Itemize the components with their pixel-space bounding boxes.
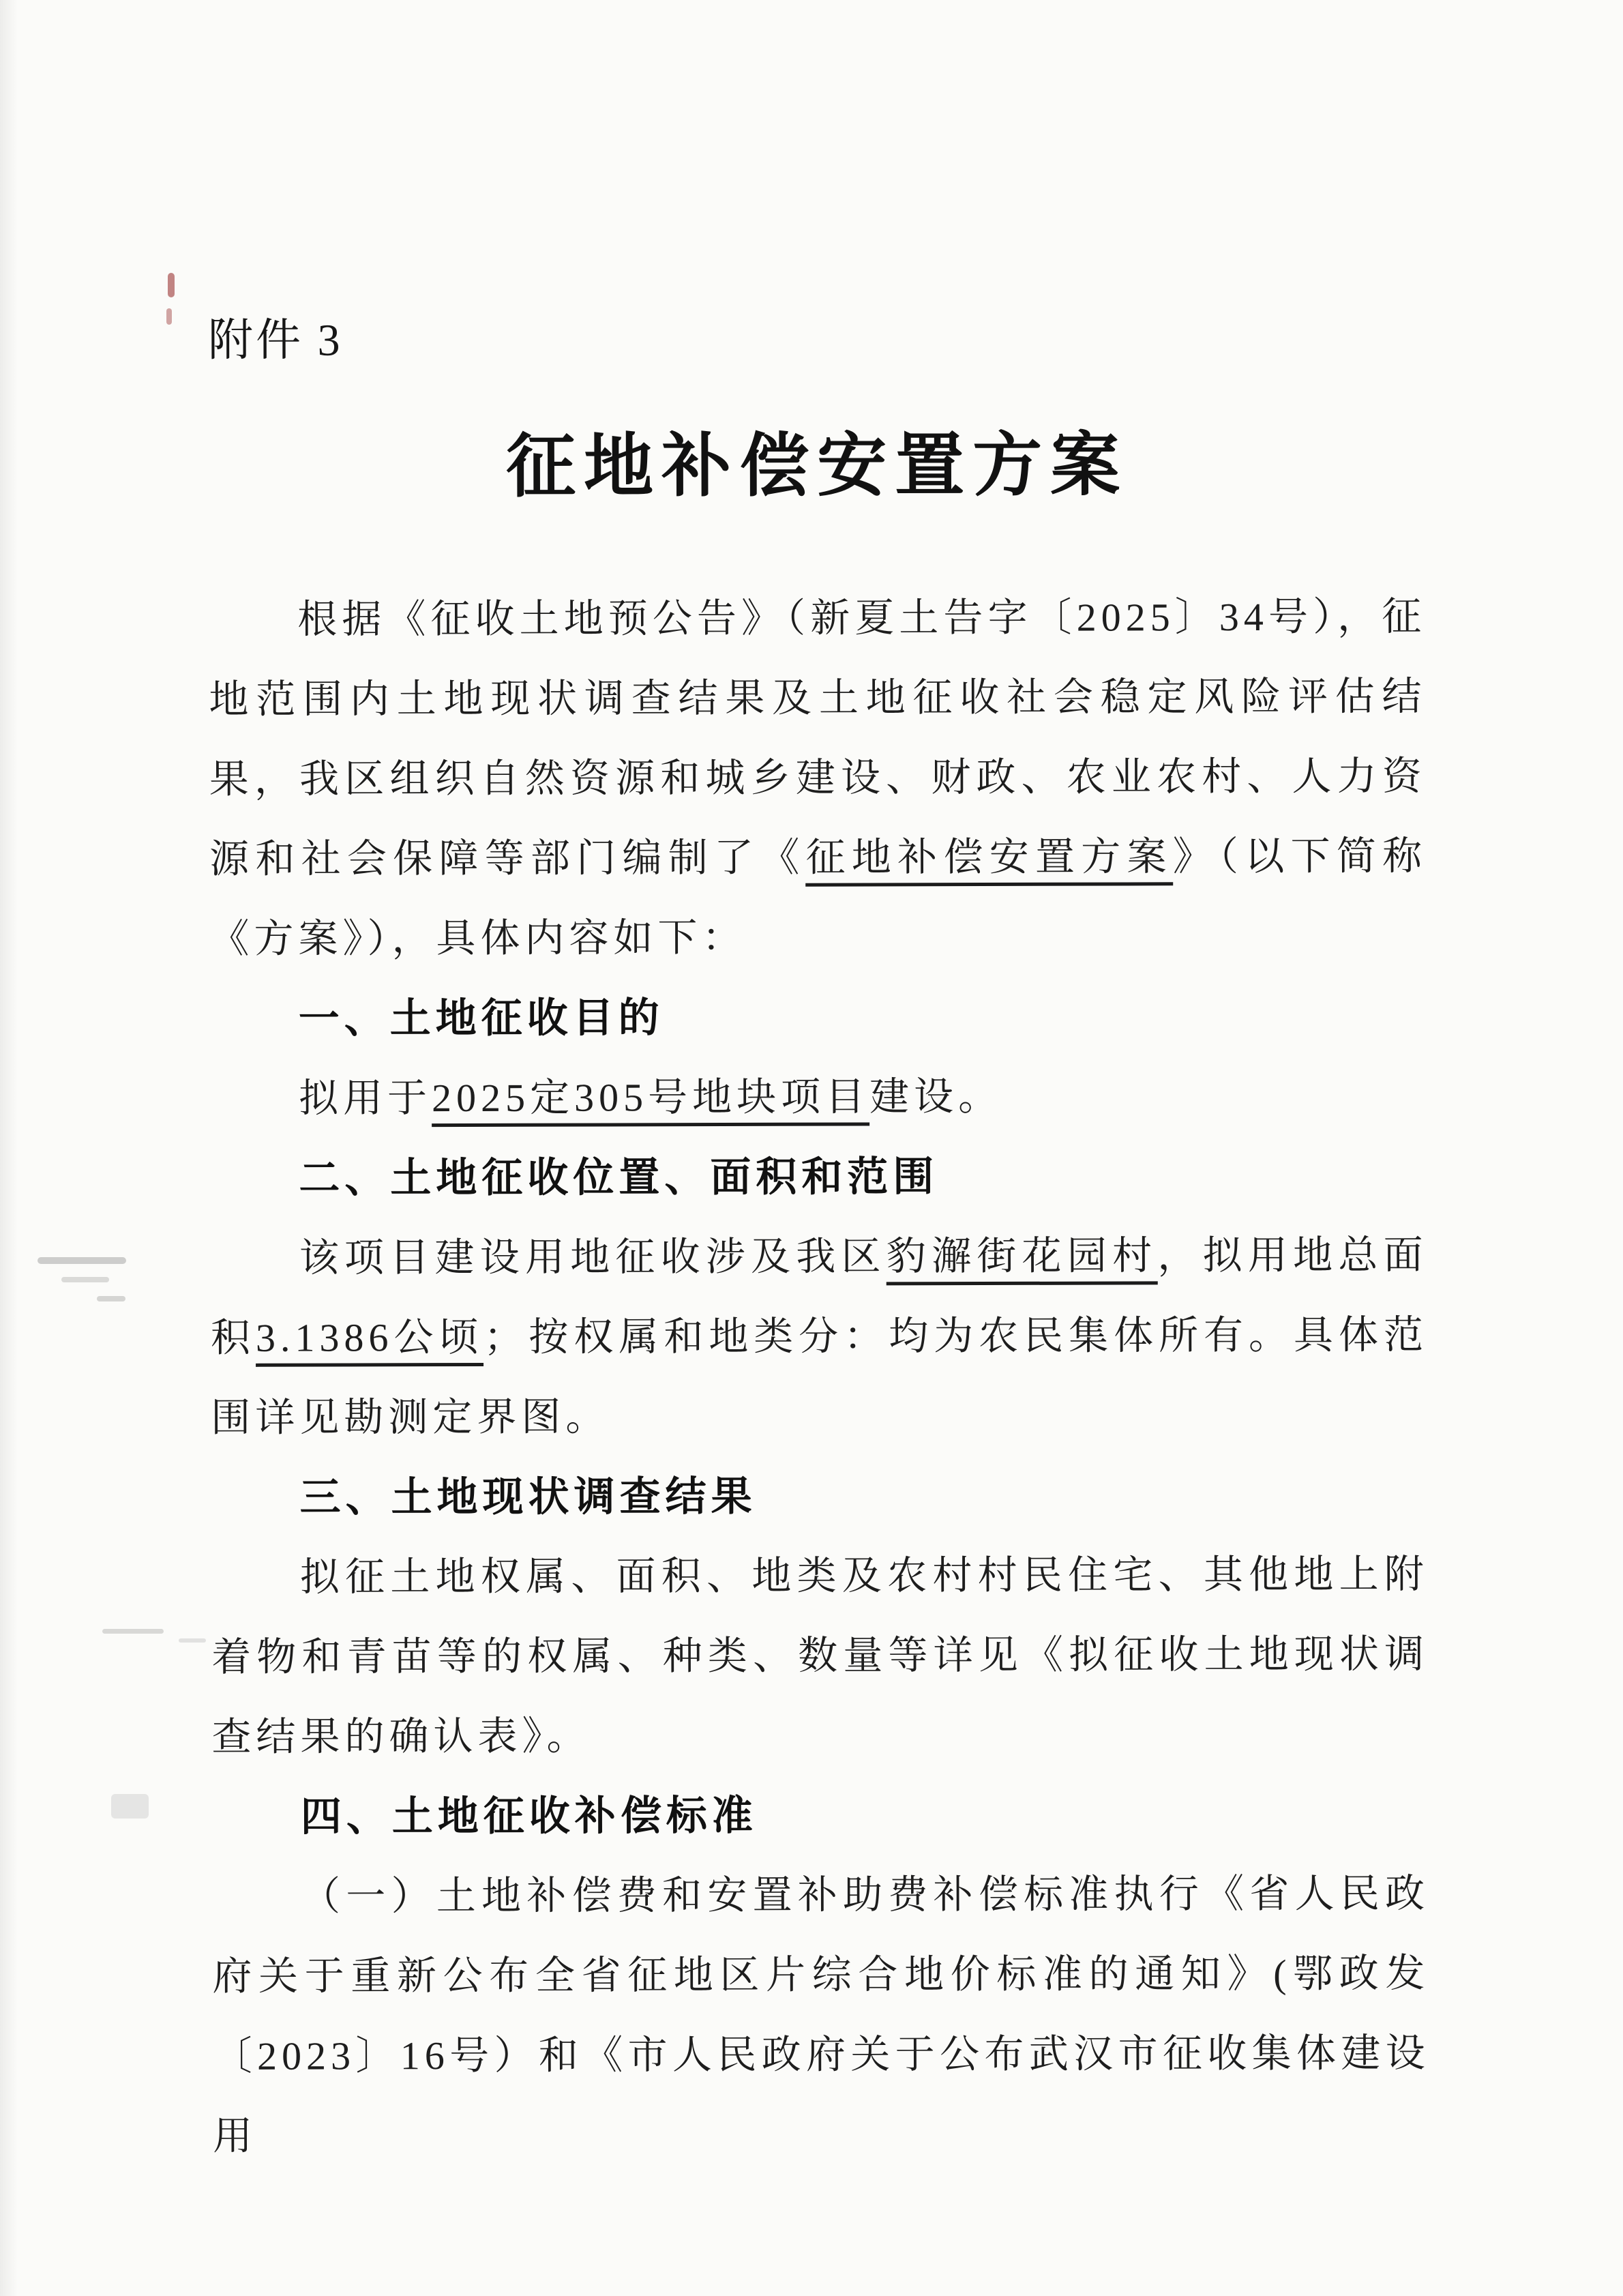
intro-underlined-plan-name: 征地补偿安置方案 [806, 834, 1173, 886]
section1-text-2: 建设。 [869, 1074, 1002, 1119]
scan-smudge [168, 273, 175, 297]
document-content: 附件 3 征地补偿安置方案 根据《征收土地预公告》（新夏土告字〔2025〕34号… [208, 304, 1430, 2176]
section2-paragraph: 该项目建设用地征收涉及我区豹澥街花园村，拟用地总面积3.1386公顷；按权属和地… [210, 1215, 1428, 1458]
section3-paragraph: 拟征土地权属、面积、地类及农村村民住宅、其他地上附着物和青苗等的权属、种类、数量… [211, 1534, 1429, 1777]
document-title: 征地补偿安置方案 [208, 420, 1425, 512]
scan-smudge [38, 1257, 126, 1264]
section2-underlined-village: 豹澥街花园村 [887, 1233, 1158, 1285]
intro-paragraph: 根据《征收土地预公告》（新夏土告字〔2025〕34号），征地范围内土地现状调查结… [209, 576, 1427, 979]
scan-edge-shadow [0, 0, 18, 2296]
scan-smudge [97, 1296, 125, 1301]
section1-text-1: 拟用于 [299, 1076, 432, 1121]
section2-underlined-area: 3.1386公顷 [256, 1315, 484, 1367]
scan-smudge [102, 1629, 164, 1634]
section4-heading: 四、土地征收补偿标准 [212, 1773, 1429, 1857]
section2-heading: 二、土地征收位置、面积和范围 [210, 1135, 1427, 1218]
section1-underlined-project: 2025定305号地块项目 [432, 1074, 869, 1127]
section1-heading: 一、土地征收目的 [210, 975, 1427, 1059]
attachment-label: 附件 3 [208, 304, 1425, 375]
scan-smudge [111, 1794, 149, 1819]
section1-paragraph: 拟用于2025定305号地块项目建设。 [210, 1055, 1427, 1138]
document-page: 附件 3 征地补偿安置方案 根据《征收土地预公告》（新夏土告字〔2025〕34号… [0, 0, 1623, 2296]
section2-text-1: 该项目建设用地征收涉及我区 [299, 1234, 887, 1280]
section4-paragraph: （一）土地补偿费和安置补助费补偿标准执行《省人民政府关于重新公布全省征地区片综合… [212, 1853, 1430, 2176]
scan-smudge [179, 1638, 206, 1643]
scan-smudge [166, 308, 172, 325]
section3-heading: 三、土地现状调查结果 [211, 1454, 1428, 1537]
scan-smudge [61, 1277, 109, 1282]
